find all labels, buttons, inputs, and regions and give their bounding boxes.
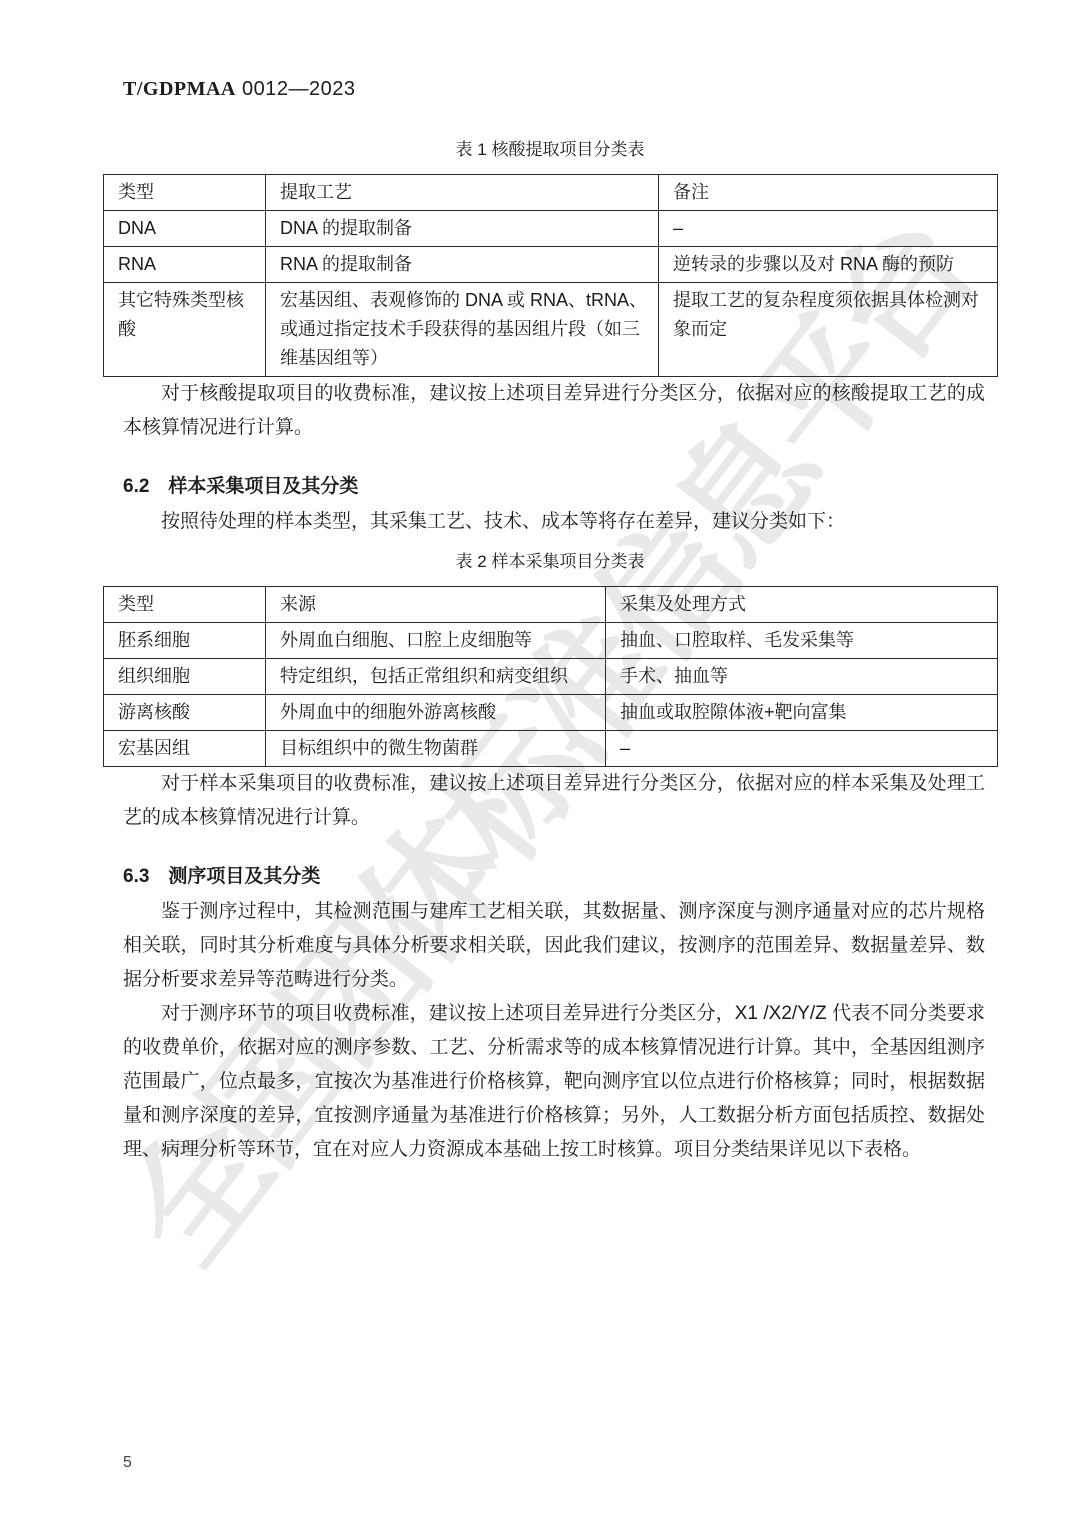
table2-caption: 表 2 样本采集项目分类表 [103, 547, 997, 572]
table1-caption: 表 1 核酸提取项目分类表 [103, 135, 997, 160]
table1-cell: 其它特殊类型核酸 [104, 283, 266, 377]
table1-cell: 宏基因组、表观修饰的 DNA 或 RNA、tRNA、或通过指定技术手段获得的基因… [266, 283, 659, 377]
table-nucleic-acid-extraction: 类型 提取工艺 备注 DNA DNA 的提取制备 – RNA RNA 的提取制备… [103, 174, 998, 377]
page-content: T/GDPMAA 0012—2023 表 1 核酸提取项目分类表 类型 提取工艺… [0, 0, 1080, 1167]
standard-code-number: 0012—2023 [242, 78, 355, 100]
table2-cell: 抽血、口腔取样、毛发采集等 [606, 623, 998, 659]
table2-cell: 抽血或取腔隙体液+靶向富集 [606, 695, 998, 731]
table1-header-process: 提取工艺 [266, 175, 659, 211]
table-row: RNA RNA 的提取制备 逆转录的步骤以及对 RNA 酶的预防 [104, 247, 998, 283]
table2-header-type: 类型 [104, 587, 266, 623]
paragraph-sequencing-classify: 鉴于测序过程中，其检测范围与建库工艺相关联，其数据量、测序深度与测序通量对应的芯… [123, 895, 985, 997]
table2-header-source: 来源 [266, 587, 606, 623]
table-row: 组织细胞 特定组织，包括正常组织和病变组织 手术、抽血等 [104, 659, 998, 695]
paragraph-sample-fee: 对于样本采集项目的收费标准，建议按上述项目差异进行分类区分，依据对应的样本采集及… [123, 767, 985, 835]
table1-cell: – [659, 211, 998, 247]
table1-cell: DNA [104, 211, 266, 247]
standard-code-prefix: T/GDPMAA [123, 78, 236, 100]
table2-cell: 外周血白细胞、口腔上皮细胞等 [266, 623, 606, 659]
table-row: 胚系细胞 外周血白细胞、口腔上皮细胞等 抽血、口腔取样、毛发采集等 [104, 623, 998, 659]
page-number: 5 [123, 1454, 132, 1472]
table1-header-note: 备注 [659, 175, 998, 211]
table1-cell: 逆转录的步骤以及对 RNA 酶的预防 [659, 247, 998, 283]
table2-cell: 组织细胞 [104, 659, 266, 695]
table1-cell: 提取工艺的复杂程度须依据具体检测对象而定 [659, 283, 998, 377]
table-row: 宏基因组 目标组织中的微生物菌群 – [104, 731, 998, 767]
table2-cell: 游离核酸 [104, 695, 266, 731]
table2-cell: 宏基因组 [104, 731, 266, 767]
table2-header-method: 采集及处理方式 [606, 587, 998, 623]
table2-cell: 胚系细胞 [104, 623, 266, 659]
table1-cell: RNA [104, 247, 266, 283]
section-6-3-heading: 6.3 测序项目及其分类 [123, 859, 997, 895]
table1-cell: RNA 的提取制备 [266, 247, 659, 283]
paragraph-sequencing-fee: 对于测序环节的项目收费标准，建议按上述项目差异进行分类区分，X1 /X2/Y/Z… [123, 997, 985, 1167]
table-row: 游离核酸 外周血中的细胞外游离核酸 抽血或取腔隙体液+靶向富集 [104, 695, 998, 731]
table1-cell: DNA 的提取制备 [266, 211, 659, 247]
table2-header-row: 类型 来源 采集及处理方式 [104, 587, 998, 623]
paragraph-sample-intro: 按照待处理的样本类型，其采集工艺、技术、成本等将存在差异，建议分类如下： [123, 505, 985, 539]
table2-cell: 特定组织，包括正常组织和病变组织 [266, 659, 606, 695]
document-page: 全国团体标准信息平台 T/GDPMAA 0012—2023 表 1 核酸提取项目… [0, 0, 1080, 1534]
table1-header-row: 类型 提取工艺 备注 [104, 175, 998, 211]
table-sample-collection: 类型 来源 采集及处理方式 胚系细胞 外周血白细胞、口腔上皮细胞等 抽血、口腔取… [103, 586, 998, 767]
table2-cell: 外周血中的细胞外游离核酸 [266, 695, 606, 731]
table-row: 其它特殊类型核酸 宏基因组、表观修饰的 DNA 或 RNA、tRNA、或通过指定… [104, 283, 998, 377]
table2-cell: 目标组织中的微生物菌群 [266, 731, 606, 767]
paragraph-nucleic-fee: 对于核酸提取项目的收费标准，建议按上述项目差异进行分类区分，依据对应的核酸提取工… [123, 377, 985, 445]
section-6-2-heading: 6.2 样本采集项目及其分类 [123, 469, 997, 505]
table1-header-type: 类型 [104, 175, 266, 211]
standard-code-header: T/GDPMAA 0012—2023 [123, 78, 997, 101]
table2-cell: – [606, 731, 998, 767]
table2-cell: 手术、抽血等 [606, 659, 998, 695]
table-row: DNA DNA 的提取制备 – [104, 211, 998, 247]
